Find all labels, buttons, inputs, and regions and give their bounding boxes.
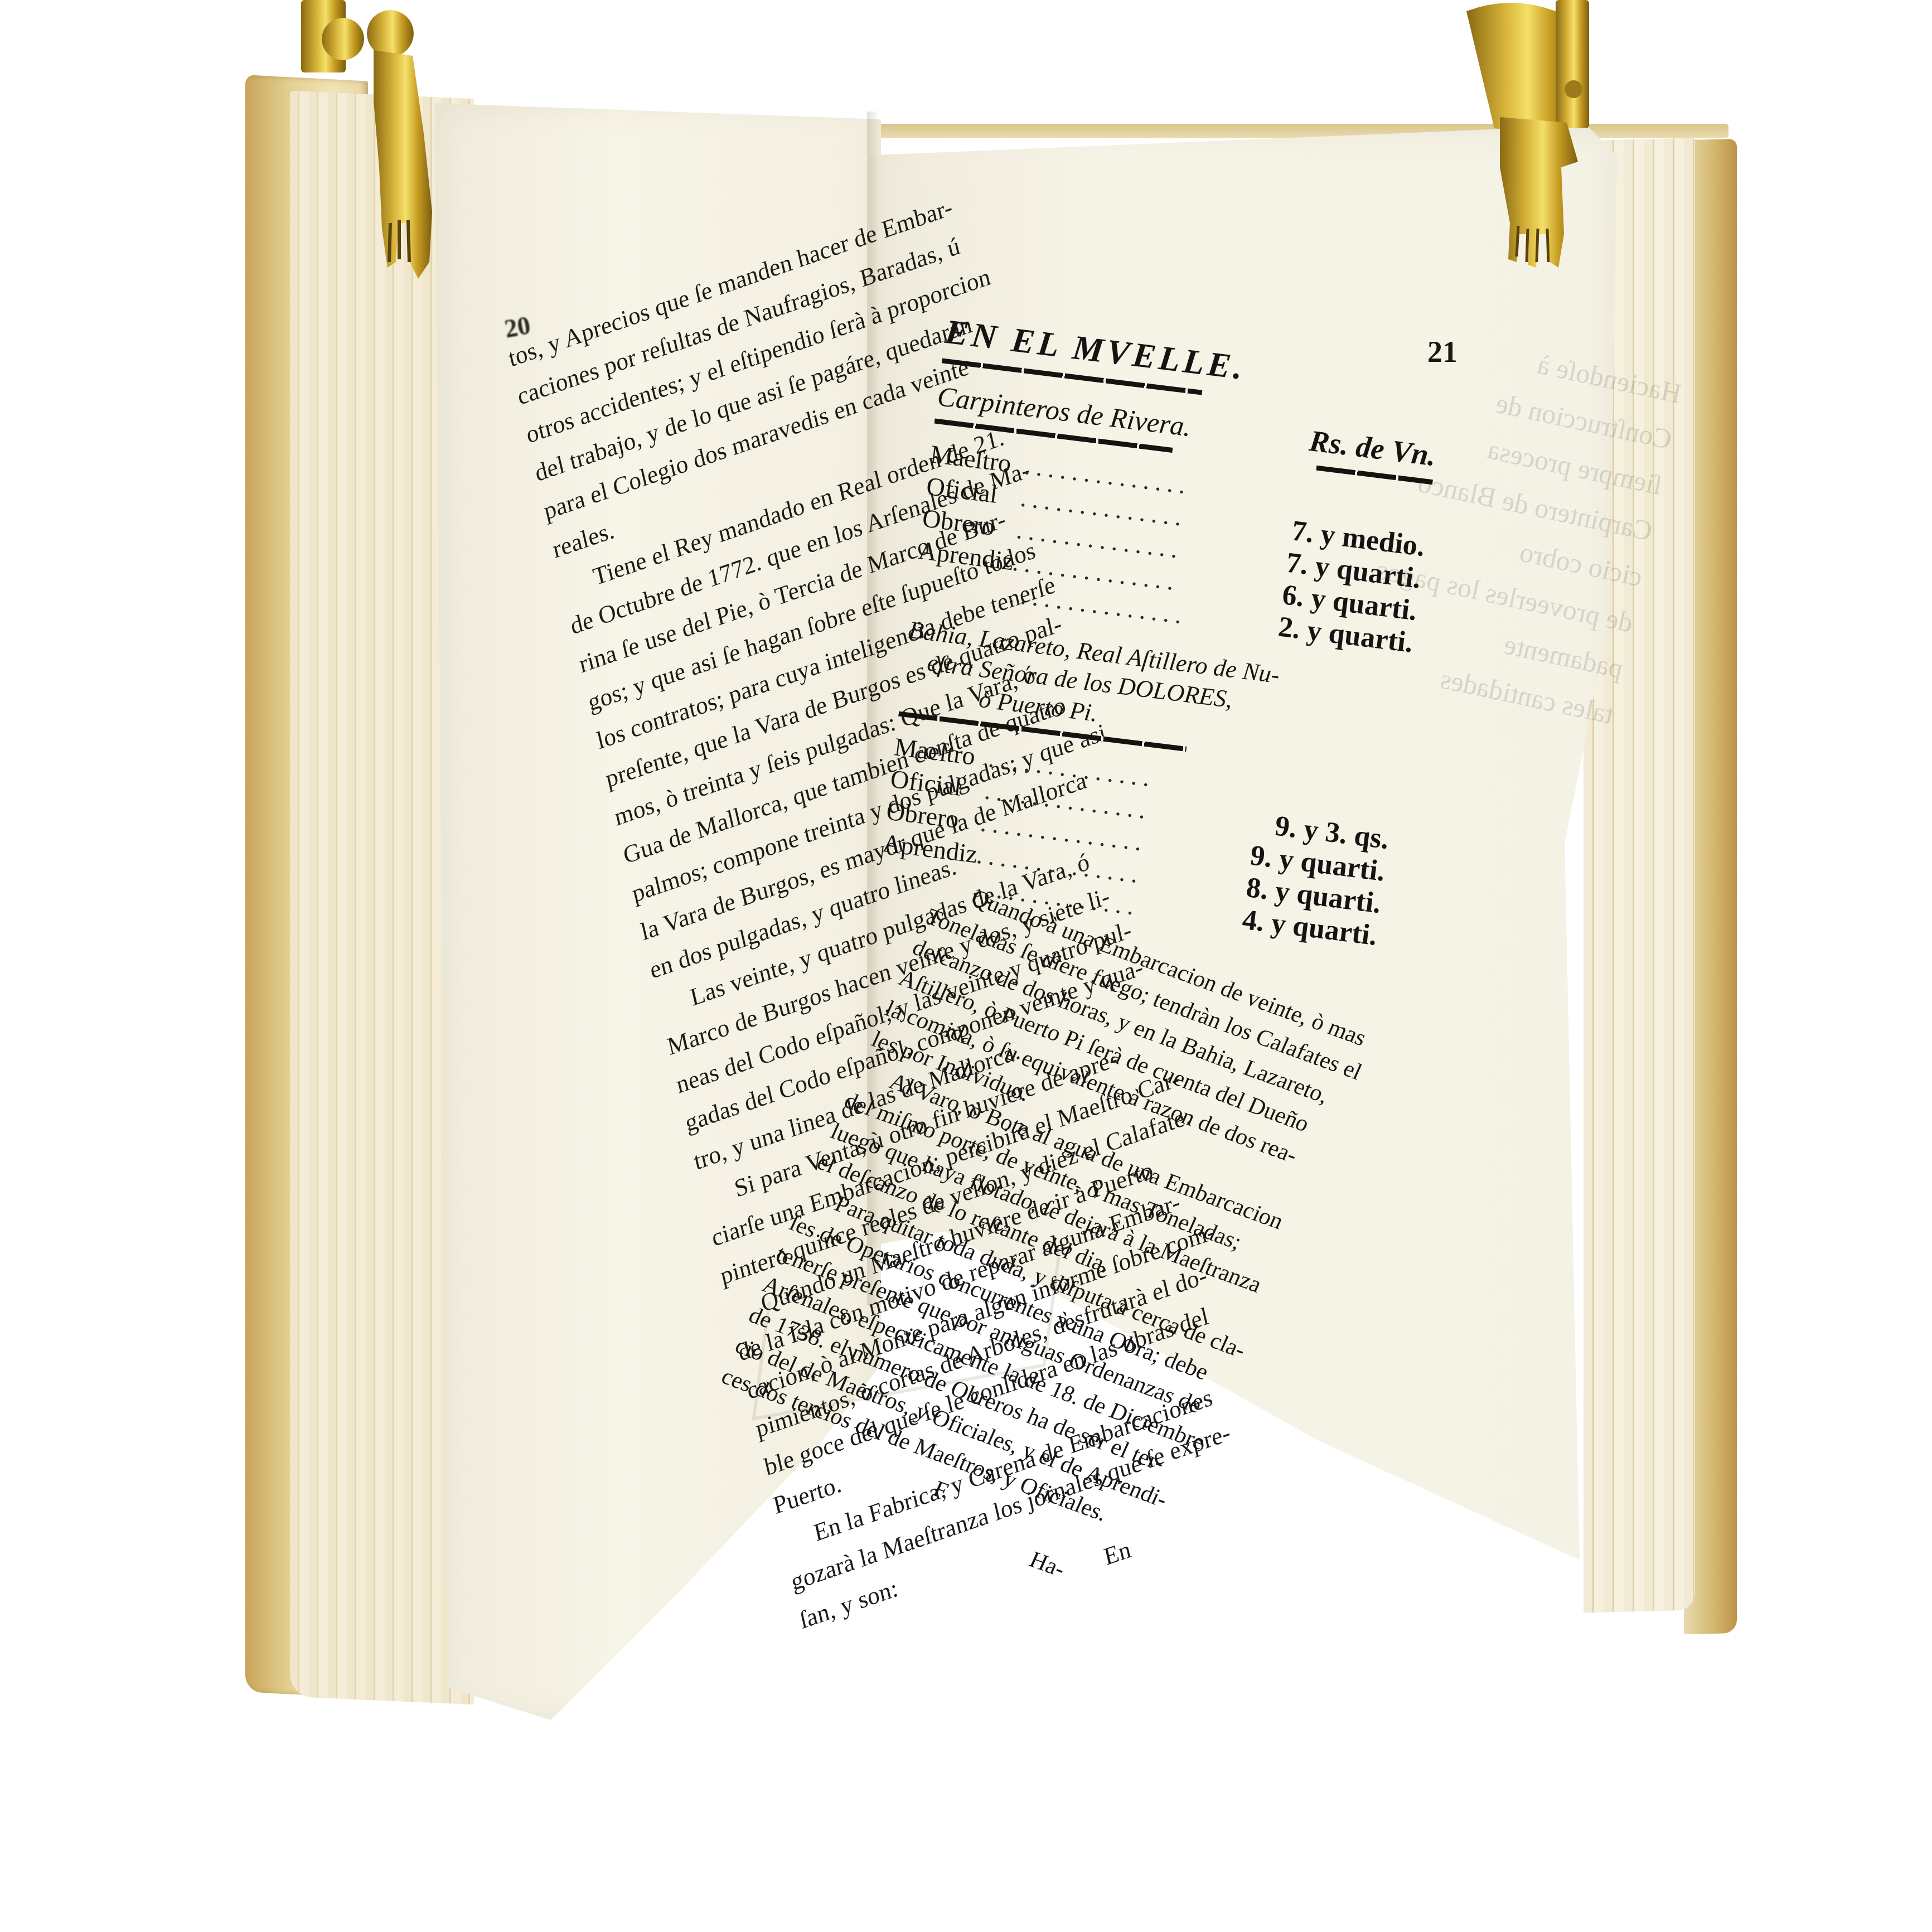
right-page-wages: EN EL MVELLE. Carpinteros de Rivera. Rs.… <box>877 312 1446 952</box>
page-number-right: 21 <box>1427 335 1458 369</box>
brass-hand-clip-right-icon <box>1444 0 1600 279</box>
book-photo: Haciendoſe à Conſtruccion de ſiempre pro… <box>0 0 1932 1932</box>
brass-hand-clip-left-icon <box>290 0 474 301</box>
cover-top-edge <box>875 124 1728 138</box>
